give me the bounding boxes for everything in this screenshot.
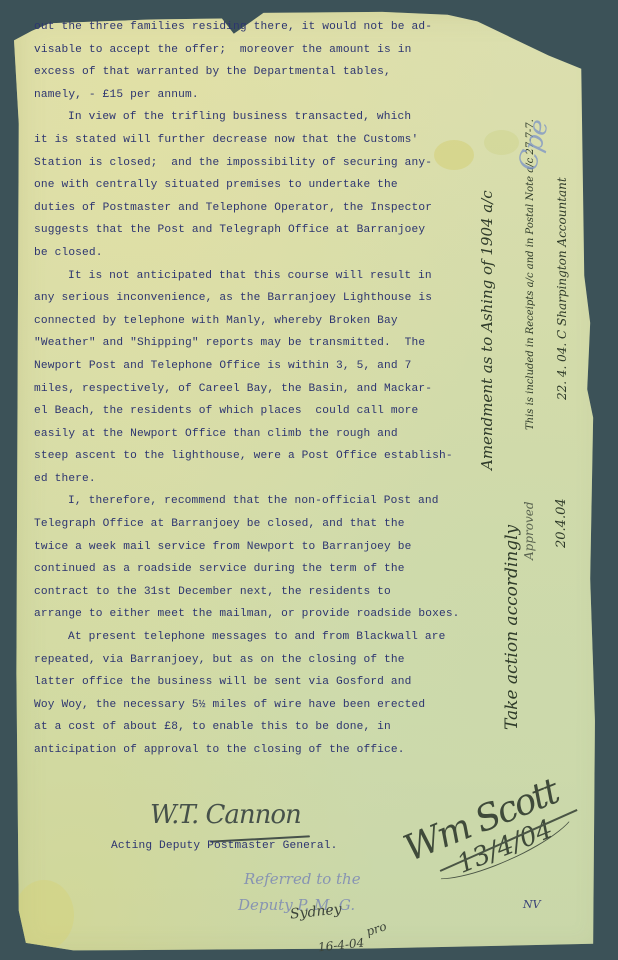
text-line: any serious inconvenience, as the Barran… xyxy=(34,287,474,310)
text-line: arrange to either meet the mailman, or p… xyxy=(34,603,474,626)
text-line: at a cost of about £8, to enable this to… xyxy=(34,716,474,739)
text-line: duties of Postmaster and Telephone Opera… xyxy=(34,197,474,220)
text-line: namely, - £15 per annum. xyxy=(34,84,474,107)
initials-nv: NV xyxy=(523,898,541,911)
text-line: visable to accept the offer; moreover th… xyxy=(34,39,474,62)
margin-note-date: 20.4.04 xyxy=(554,498,569,548)
signature-title: Acting Deputy Postmaster General. xyxy=(111,840,338,852)
text-line: be closed. xyxy=(34,242,474,265)
text-line: it is stated will further decrease now t… xyxy=(34,129,474,152)
text-line: miles, respectively, of Careel Bay, the … xyxy=(34,378,474,401)
text-line: suggests that the Post and Telegraph Off… xyxy=(34,219,474,242)
text-line: I, therefore, recommend that the non-off… xyxy=(34,490,474,513)
text-line: At present telephone messages to and fro… xyxy=(34,626,474,649)
text-line: continued as a roadside service during t… xyxy=(34,558,474,581)
stamp-line: Referred to the xyxy=(238,866,361,892)
text-line: one with centrally situated premises to … xyxy=(34,174,474,197)
margin-note-approved: Approved xyxy=(522,501,536,560)
text-line: out the three families residing there, i… xyxy=(34,16,474,39)
text-line: excess of that warranted by the Departme… xyxy=(34,61,474,84)
signature-cannon: W.T. Cannon xyxy=(150,800,301,830)
text-line: el Beach, the residents of which places … xyxy=(34,400,474,423)
typed-body: out the three families residing there, i… xyxy=(34,16,474,762)
margin-note-amendment: Amendment as to Ashing of 1904 a/c xyxy=(478,190,496,470)
stain xyxy=(14,880,74,950)
text-line: contract to the 31st December next, the … xyxy=(34,581,474,604)
text-line: Telegraph Office at Barranjoey be closed… xyxy=(34,513,474,536)
text-line: anticipation of approval to the closing … xyxy=(34,739,474,762)
text-line: It is not anticipated that this course w… xyxy=(34,265,474,288)
text-line: twice a week mail service from Newport t… xyxy=(34,536,474,559)
text-line: Station is closed; and the impossibility… xyxy=(34,152,474,175)
text-line: In view of the trifling business transac… xyxy=(34,106,474,129)
text-line: latter office the business will be sent … xyxy=(34,671,474,694)
text-line: Newport Post and Telephone Office is wit… xyxy=(34,355,474,378)
margin-note-accountant: 22. 4. 04. C Sharpington Accountant xyxy=(555,177,569,400)
text-line: ed there. xyxy=(34,468,474,491)
stain xyxy=(484,130,519,155)
text-line: connected by telephone with Manly, where… xyxy=(34,310,474,333)
margin-note-take-action: Take action accordingly xyxy=(502,525,522,730)
text-line: Woy Woy, the necessary 5½ miles of wire … xyxy=(34,694,474,717)
text-line: repeated, via Barranjoey, but as on the … xyxy=(34,649,474,672)
text-line: easily at the Newport Office than climb … xyxy=(34,423,474,446)
text-line: steep ascent to the lighthouse, were a P… xyxy=(34,445,474,468)
text-line: "Weather" and "Shipping" reports may be … xyxy=(34,332,474,355)
